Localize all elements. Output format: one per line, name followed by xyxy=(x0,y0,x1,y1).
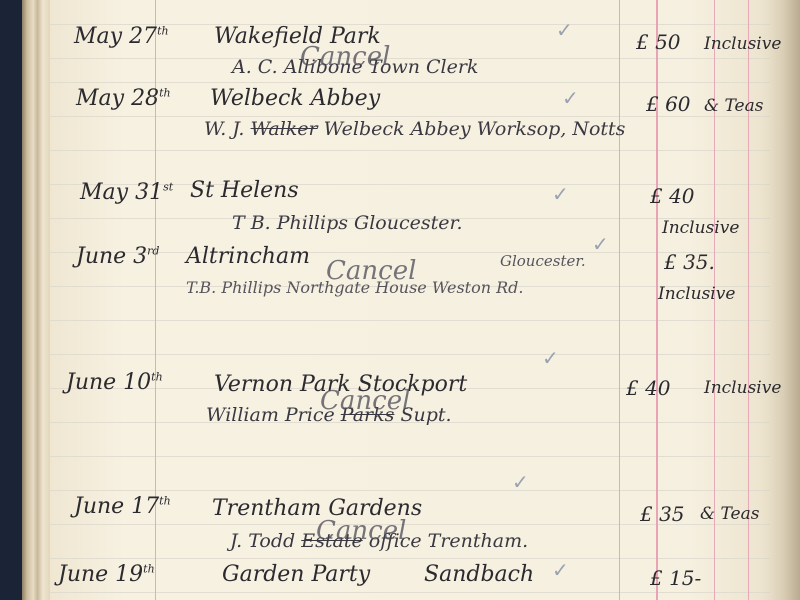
entry-terms: & Teas xyxy=(700,504,759,524)
entry-fee: £ 15- xyxy=(650,566,701,590)
entry-terms: Inclusive xyxy=(662,218,739,238)
fee-column-rule xyxy=(619,0,620,600)
ruled-line xyxy=(50,456,770,457)
check-mark-icon: ✓ xyxy=(552,558,569,582)
entry-note: Gloucester. xyxy=(500,252,586,270)
cancel-overlay-mark: Cancel xyxy=(320,386,410,416)
entry-terms: Inclusive xyxy=(704,34,781,54)
entry-terms: Inclusive xyxy=(658,284,735,304)
entry-date: May 27th xyxy=(74,24,169,49)
check-mark-icon: ✓ xyxy=(512,470,529,494)
cancel-overlay-mark: Cancel xyxy=(326,256,416,286)
entry-date: May 31st xyxy=(80,180,173,205)
entry-date: June 19th xyxy=(58,562,155,587)
entry-fee: £ 35 xyxy=(640,502,685,526)
ruled-line xyxy=(50,490,770,491)
page-curl-shadow xyxy=(760,0,800,600)
entry-terms: & Teas xyxy=(704,96,763,116)
entry-fee: £ 40 xyxy=(650,184,695,208)
book-binding xyxy=(0,0,22,600)
entry-place: St Helens xyxy=(190,178,299,203)
check-mark-icon: ✓ xyxy=(552,182,569,206)
entry-date: June 10th xyxy=(66,370,163,395)
ruled-line xyxy=(50,320,770,321)
entry-location: Sandbach xyxy=(424,562,534,587)
check-mark-icon: ✓ xyxy=(592,232,609,256)
check-mark-icon: ✓ xyxy=(562,86,579,110)
ruled-line xyxy=(50,82,770,83)
ruled-line xyxy=(50,558,770,559)
entry-fee: £ 35. xyxy=(664,250,715,274)
entry-place: Welbeck Abbey xyxy=(210,86,380,111)
entry-fee: £ 60 xyxy=(646,92,691,116)
entry-fee: £ 50 xyxy=(636,30,681,54)
page-edges xyxy=(22,0,50,600)
ruled-line xyxy=(50,116,770,117)
entry-contact: W. J. Walker Welbeck Abbey Worksop, Nott… xyxy=(204,118,625,140)
entry-place: Garden Party xyxy=(222,562,370,587)
cancel-overlay-mark: Cancel xyxy=(300,42,390,72)
entry-terms: Inclusive xyxy=(704,378,781,398)
cancel-overlay-mark: Cancel xyxy=(316,516,406,546)
ruled-line xyxy=(50,150,770,151)
entry-contact: T B. Phillips Gloucester. xyxy=(232,212,463,234)
entry-place: Altrincham xyxy=(186,244,310,269)
check-mark-icon: ✓ xyxy=(556,18,573,42)
ruled-line xyxy=(50,592,770,593)
entry-date: June 3rd xyxy=(76,244,159,269)
entry-date: June 17th xyxy=(74,494,171,519)
ruled-line xyxy=(50,354,770,355)
entry-date: May 28th xyxy=(76,86,171,111)
entry-fee: £ 40 xyxy=(626,376,671,400)
check-mark-icon: ✓ xyxy=(542,346,559,370)
